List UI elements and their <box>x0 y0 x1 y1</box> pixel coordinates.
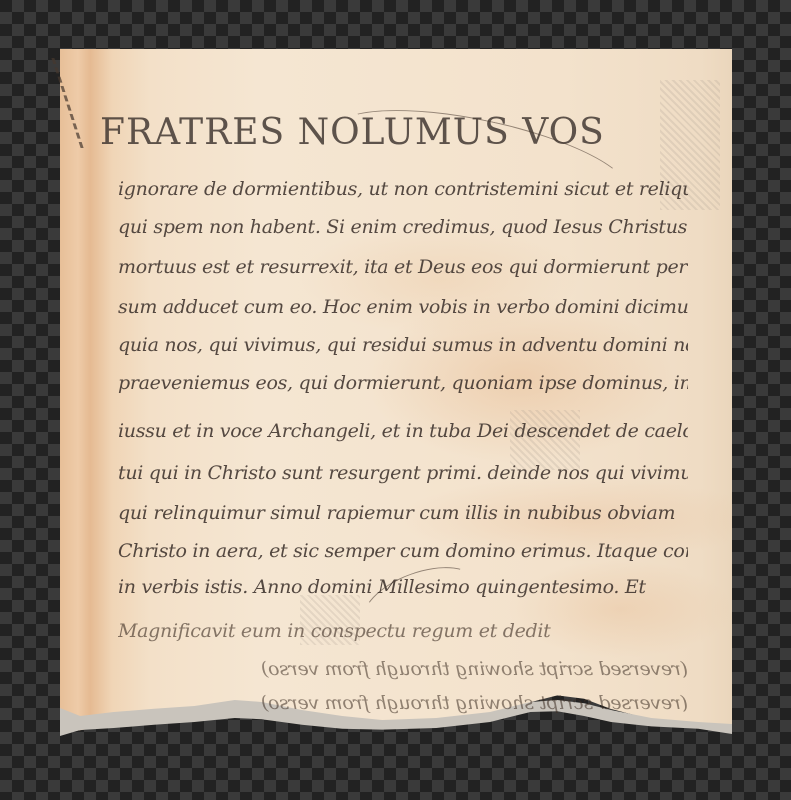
verso-bleed-line-2: (reversed script showing through from ve… <box>118 692 688 714</box>
text-line-3: mortuus est et resurrexit, ita et Deus e… <box>118 256 688 278</box>
text-line-8: tui qui in Christo sunt resurgent primi.… <box>118 462 688 484</box>
text-line-10: Christo in aera, et sic semper cum domin… <box>118 540 688 562</box>
verso-bleed-line-1: (reversed script showing through from ve… <box>118 658 688 680</box>
text-line-2: qui spem non habent. Si enim credimus, q… <box>118 216 688 238</box>
text-line-6: praeveniemus eos, qui dormierunt, quonia… <box>118 372 688 394</box>
text-line-12: Magnificavit eum in conspectu regum et d… <box>118 620 688 642</box>
text-line-5: quia nos, qui vivimus, qui residui sumus… <box>118 334 688 356</box>
text-line-9: qui relinquimur simul rapiemur cum illis… <box>118 502 688 524</box>
text-line-4: sum adducet cum eo. Hoc enim vobis in ve… <box>118 296 688 318</box>
text-line-1: ignorare de dormientibus, ut non contris… <box>118 178 688 200</box>
text-line-7: iussu et in voce Archangeli, et in tuba … <box>118 420 688 442</box>
